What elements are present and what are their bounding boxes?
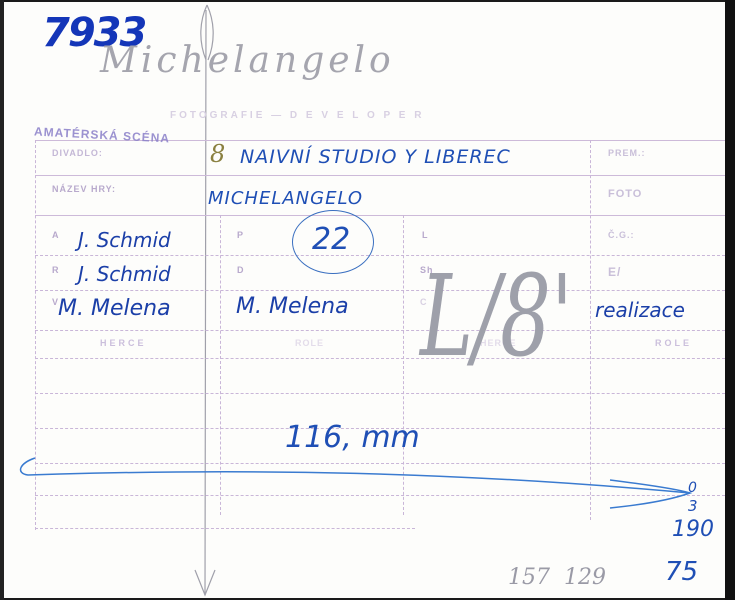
label-l: L: [422, 230, 429, 240]
label-role: ROLE: [655, 338, 692, 348]
value-v2: M. Melena: [236, 294, 349, 319]
value-v: M. Melena: [58, 296, 171, 321]
pencil-mark: L/8': [420, 251, 573, 381]
value-divadlo: NAIVNÍ STUDIO Y LIBEREC: [240, 146, 511, 168]
right-number-75: 75: [665, 557, 698, 587]
label-d: D: [237, 265, 245, 275]
right-number-190: 190: [672, 517, 714, 542]
pencil-title: Michelangelo: [100, 40, 395, 81]
label-prem: PREM.:: [608, 148, 646, 158]
label-herce: HERCE: [100, 338, 147, 348]
label-nazev-hry: NÁZEV HRY:: [52, 184, 116, 194]
right-number-0: 0: [688, 480, 697, 496]
grid-line: [35, 215, 725, 216]
value-middle-note: 116, mm: [285, 420, 420, 455]
label-p: P: [237, 230, 244, 240]
value-realizace: realizace: [595, 298, 685, 322]
right-number-3: 3: [688, 497, 698, 515]
grid-line: [35, 255, 725, 256]
label-ei: E/: [608, 265, 621, 279]
grid-line: [35, 290, 725, 291]
label-role-mid: ROLE: [295, 338, 324, 348]
label-cg: Č.G.:: [608, 230, 635, 240]
label-a: A: [52, 230, 60, 240]
circled-number: 22: [312, 222, 350, 257]
label-divadlo: DIVADLO:: [52, 148, 103, 158]
label-r: R: [52, 265, 60, 275]
grid-line: [35, 358, 725, 359]
divadlo-prefix: 8: [210, 140, 225, 168]
grid-line: [35, 330, 725, 331]
header-print: FOTOGRAFIE — D E V E L O P E R: [170, 110, 424, 121]
pencil-bottom-numbers: 157 129: [508, 565, 606, 590]
crop-line-icon: [0, 455, 735, 535]
value-a: J. Schmid: [78, 228, 171, 252]
grid-line: [35, 175, 725, 176]
value-r: J. Schmid: [78, 262, 171, 286]
value-nazev-hry: MICHELANGELO: [208, 188, 363, 209]
grid-line: [35, 393, 725, 394]
label-foto: FOTO: [608, 188, 642, 200]
